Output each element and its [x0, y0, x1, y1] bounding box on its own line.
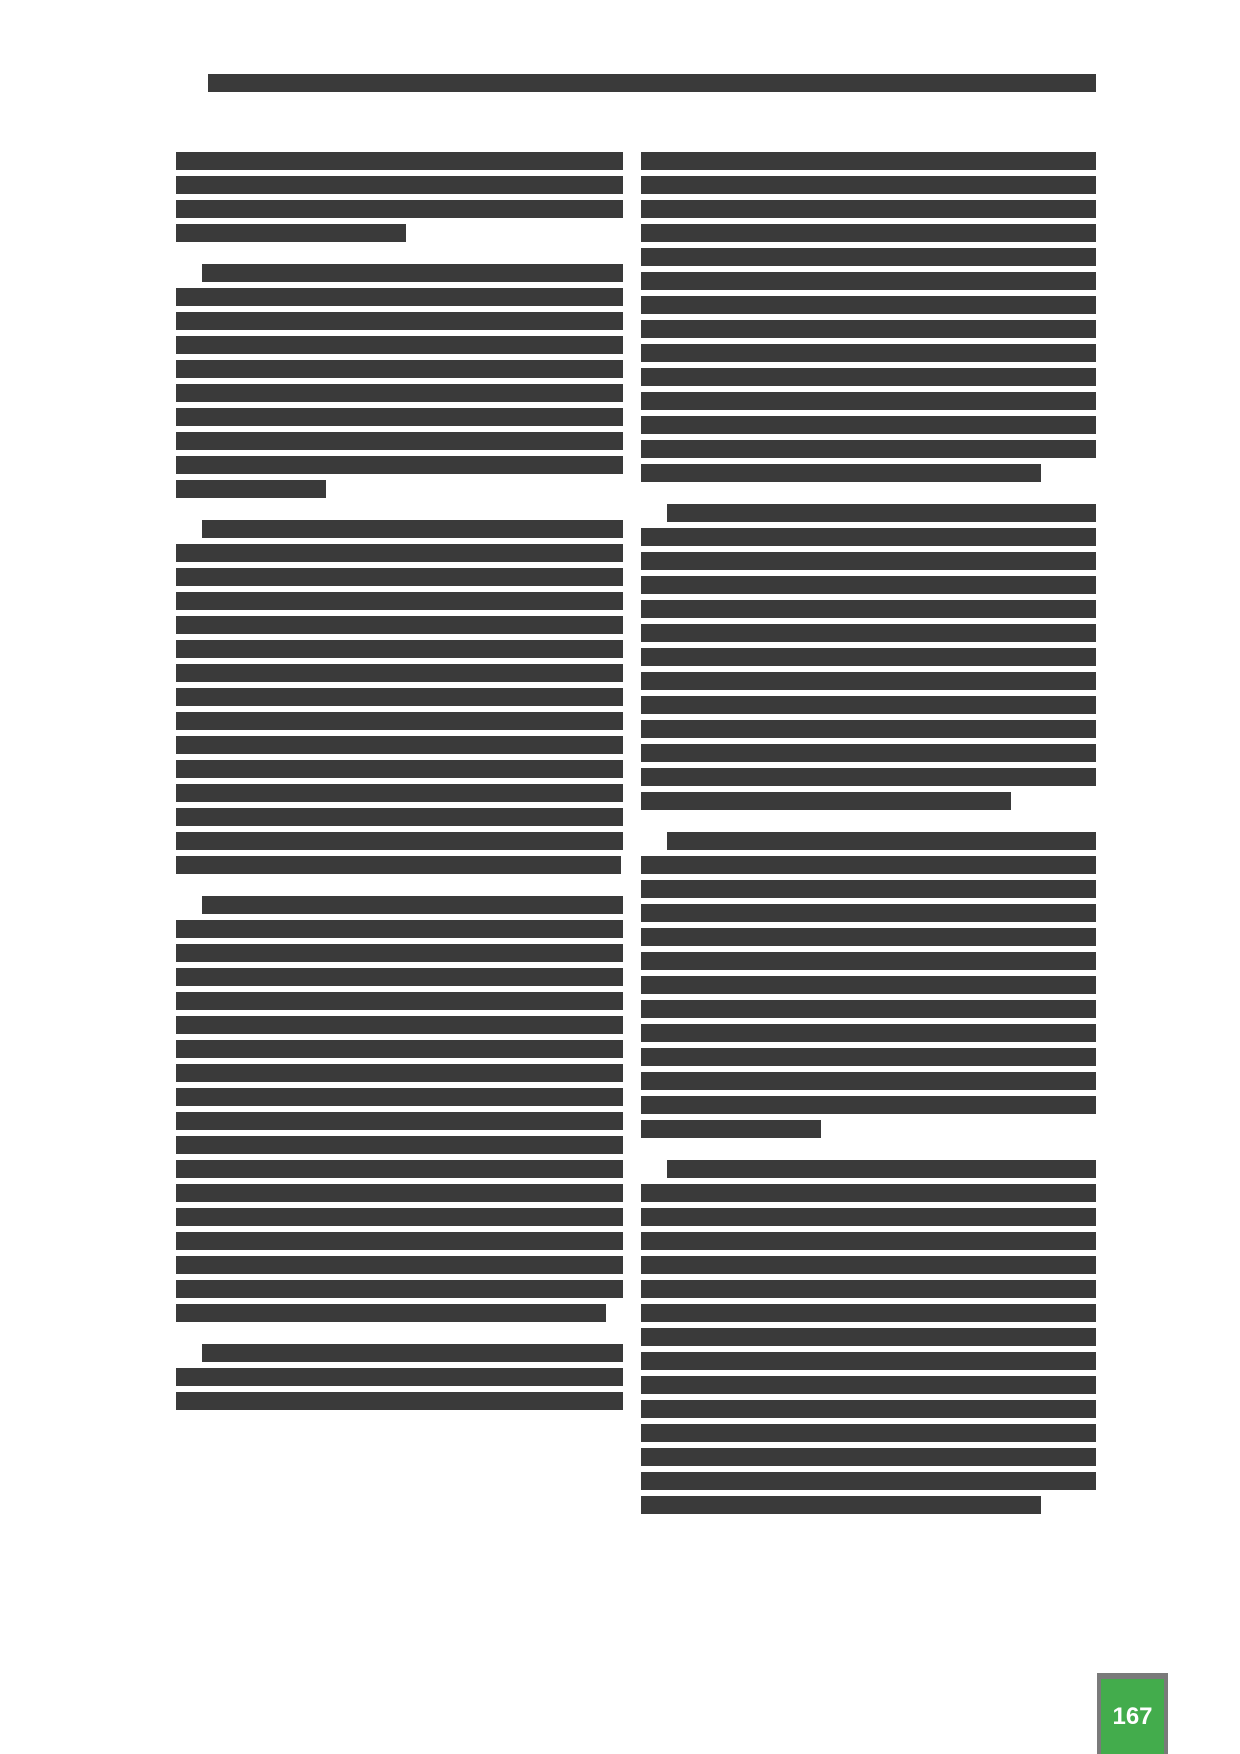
redacted-text-line [667, 504, 1096, 522]
redacted-text-line [176, 832, 623, 850]
redacted-text-line [641, 416, 1096, 434]
left-column [176, 152, 623, 1432]
paragraph [176, 520, 623, 874]
redacted-text-line [176, 736, 623, 754]
redacted-text-line [641, 248, 1096, 266]
redacted-text-line [641, 792, 1011, 810]
redacted-text-line [641, 464, 1041, 482]
redacted-text-line [176, 592, 623, 610]
redacted-text-line [641, 344, 1096, 362]
redacted-text-line [176, 200, 623, 218]
redacted-text-line [641, 720, 1096, 738]
right-column [641, 152, 1096, 1536]
redacted-text-line [641, 744, 1096, 762]
paragraph [641, 152, 1096, 482]
redacted-text-line [641, 1048, 1096, 1066]
redacted-text-line [641, 576, 1096, 594]
redacted-text-line [176, 288, 623, 306]
redacted-text-line [176, 384, 623, 402]
paragraph [176, 1344, 623, 1410]
redacted-text-line [641, 952, 1096, 970]
page-number-badge: 167 [1097, 1673, 1168, 1754]
redacted-text-line [641, 1304, 1096, 1322]
redacted-text-line [176, 1280, 623, 1298]
redacted-text-line [176, 360, 623, 378]
redacted-text-line [641, 176, 1096, 194]
redacted-text-line [176, 544, 623, 562]
redacted-text-line [641, 1400, 1096, 1418]
redacted-text-line [176, 640, 623, 658]
redacted-text-line [176, 1256, 623, 1274]
redacted-text-line [641, 528, 1096, 546]
redacted-text-line [641, 1328, 1096, 1346]
redacted-text-line [641, 904, 1096, 922]
redacted-text-line [176, 152, 623, 170]
redacted-text-line [641, 1376, 1096, 1394]
redacted-text-line [176, 408, 623, 426]
redacted-text-line [176, 1064, 623, 1082]
paragraph [641, 832, 1096, 1138]
redacted-text-line [641, 272, 1096, 290]
running-header [208, 74, 1096, 92]
redacted-text-line [176, 968, 623, 986]
redacted-text-line [176, 944, 623, 962]
redacted-text-line [176, 312, 623, 330]
redacted-text-line [176, 456, 623, 474]
redacted-text-line [176, 808, 623, 826]
paragraph [176, 152, 623, 242]
paragraph [641, 504, 1096, 810]
paragraph [641, 1160, 1096, 1514]
redacted-text-line [176, 432, 623, 450]
redacted-text-line [176, 920, 623, 938]
redacted-text-line [176, 1160, 623, 1178]
redacted-text-line [641, 856, 1096, 874]
redacted-text-line [641, 1472, 1096, 1490]
redacted-text-line [176, 688, 623, 706]
redacted-text-line [176, 1016, 623, 1034]
redacted-text-line [641, 1280, 1096, 1298]
redacted-text-line [641, 976, 1096, 994]
redacted-text-line [202, 264, 623, 282]
redacted-text-line [641, 1096, 1096, 1114]
redacted-text-line [641, 296, 1096, 314]
redacted-text-line [641, 1352, 1096, 1370]
redacted-text-line [641, 320, 1096, 338]
redacted-text-line [176, 1088, 623, 1106]
paragraph [176, 896, 623, 1322]
redacted-text-line [641, 392, 1096, 410]
redacted-text-line [202, 520, 623, 538]
redacted-text-line [176, 1136, 623, 1154]
redacted-text-line [176, 568, 623, 586]
redacted-text-line [641, 1120, 821, 1138]
redacted-text-line [641, 1000, 1096, 1018]
redacted-text-line [202, 896, 623, 914]
redacted-text-line [641, 200, 1096, 218]
redacted-text-line [667, 1160, 1096, 1178]
redacted-text-line [176, 1040, 623, 1058]
redacted-text-line [641, 928, 1096, 946]
redacted-text-line [176, 760, 623, 778]
redacted-text-line [641, 1448, 1096, 1466]
redacted-text-line [641, 368, 1096, 386]
redacted-text-line [176, 712, 623, 730]
redacted-text-line [641, 552, 1096, 570]
redacted-text-line [176, 784, 623, 802]
redacted-text-line [176, 1368, 623, 1386]
redacted-text-line [641, 672, 1096, 690]
redacted-text-line [641, 152, 1096, 170]
paragraph [176, 264, 623, 498]
redacted-text-line [176, 1208, 623, 1226]
redacted-text-line [176, 1304, 606, 1322]
redacted-text-line [176, 176, 623, 194]
page-number: 167 [1101, 1679, 1164, 1754]
redacted-text-line [176, 336, 623, 354]
redacted-text-line [641, 1072, 1096, 1090]
redacted-text-line [641, 224, 1096, 242]
redacted-text-line [176, 1112, 623, 1130]
redacted-text-line [641, 1184, 1096, 1202]
redacted-text-line [667, 832, 1096, 850]
redacted-text-line [176, 1232, 623, 1250]
redacted-text-line [641, 696, 1096, 714]
redacted-text-line [176, 856, 621, 874]
redacted-text-line [176, 480, 326, 498]
redacted-text-line [641, 600, 1096, 618]
redacted-text-line [641, 1424, 1096, 1442]
redacted-text-line [641, 648, 1096, 666]
redacted-text-line [641, 624, 1096, 642]
redacted-text-line [176, 664, 623, 682]
redacted-text-line [176, 616, 623, 634]
redacted-text-line [641, 1208, 1096, 1226]
redacted-text-line [641, 768, 1096, 786]
redacted-text-line [641, 880, 1096, 898]
redacted-text-line [641, 1496, 1041, 1514]
redacted-text-line [641, 1256, 1096, 1274]
redacted-text-line [641, 440, 1096, 458]
redacted-text-line [176, 1392, 623, 1410]
redacted-text-line [176, 992, 623, 1010]
redacted-text-line [176, 1184, 623, 1202]
redacted-text-line [641, 1024, 1096, 1042]
redacted-text-line [202, 1344, 623, 1362]
redacted-text-line [176, 224, 406, 242]
redacted-text-line [641, 1232, 1096, 1250]
